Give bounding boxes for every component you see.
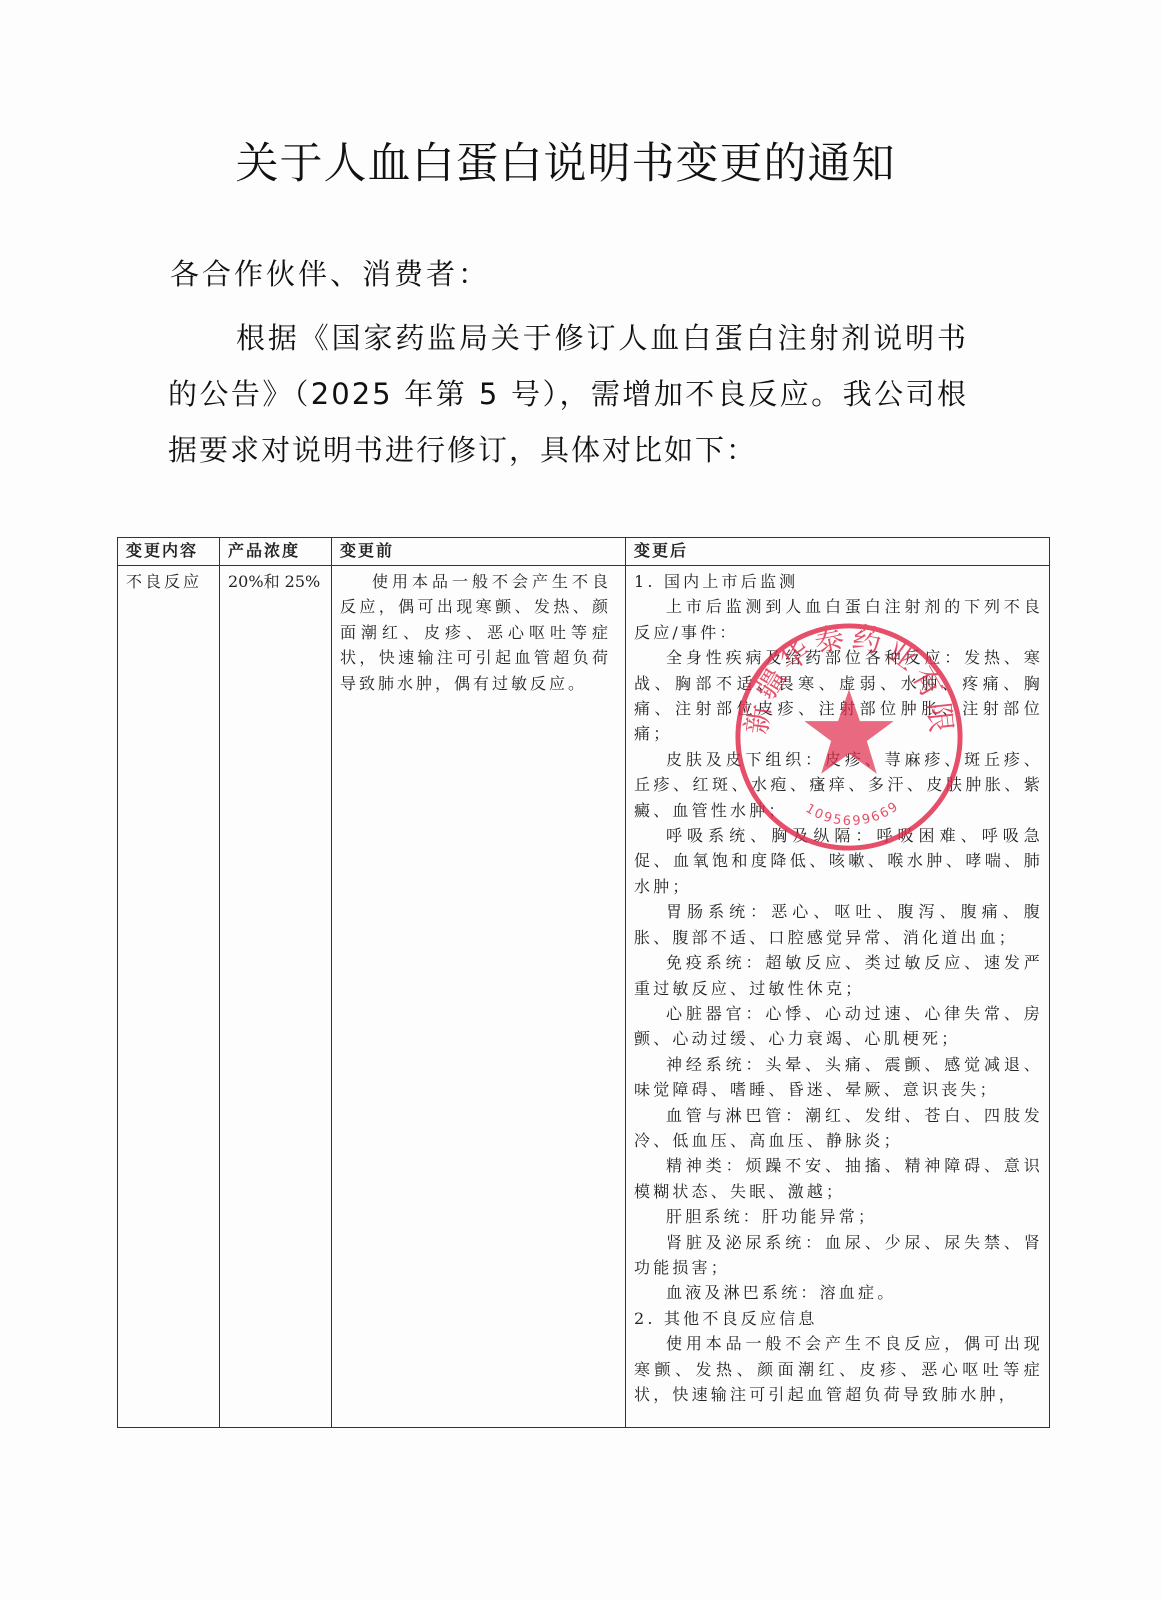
reaction-category-cardiac: 心脏器官：心悸、心动过速、心律失常、房颤、心动过缓、心力衰竭、心肌梗死； [634,1001,1043,1052]
salutation: 各合作伙伴、消费者： [170,252,490,293]
section2-title: 2. 其他不良反应信息 [634,1306,1043,1331]
cell-before: 使用本品一般不会产生不良反应，偶可出现寒颤、发热、颜面潮红、皮疹、恶心呕吐等症状… [332,566,626,1428]
cell-after: 1. 国内上市后监测 上市后监测到人血白蛋白注射剂的下列不良反应/事件： 全身性… [626,566,1050,1428]
reaction-category-skin: 皮肤及皮下组织：皮疹、荨麻疹、斑丘疹、丘疹、红斑、水疱、瘙痒、多汗、皮肤肿胀、紫… [634,747,1043,823]
section1-intro: 上市后监测到人血白蛋白注射剂的下列不良反应/事件： [634,594,1043,645]
before-text: 使用本品一般不会产生不良反应，偶可出现寒颤、发热、颜面潮红、皮疹、恶心呕吐等症状… [340,569,619,696]
table-header-row: 变更内容 产品浓度 变更前 变更后 [118,538,1050,566]
header-change-item: 变更内容 [118,538,220,566]
reaction-category-blood: 血液及淋巴系统：溶血症。 [634,1280,1043,1305]
reaction-category-general: 全身性疾病及给药部位各种反应：发热、寒战、胸部不适、畏寒、虚弱、水肿、疼痛、胸痛… [634,645,1043,747]
header-before: 变更前 [332,538,626,566]
cell-concentration: 20%和 25% [220,566,332,1428]
page-title: 关于人血白蛋白说明书变更的通知 [0,130,1131,191]
reaction-category-renal: 肾脏及泌尿系统：血尿、少尿、尿失禁、肾功能损害； [634,1230,1043,1281]
reaction-category-immune: 免疫系统：超敏反应、类过敏反应、速发严重过敏反应、过敏性休克； [634,950,1043,1001]
reaction-category-nervous: 神经系统：头晕、头痛、震颤、感觉减退、味觉障碍、嗜睡、昏迷、晕厥、意识丧失； [634,1052,1043,1103]
header-concentration: 产品浓度 [220,538,332,566]
intro-paragraph: 根据《国家药监局关于修订人血白蛋白注射剂说明书的公告》（2025 年第 5 号）… [168,310,968,478]
reaction-category-vascular: 血管与淋巴管：潮红、发绀、苍白、四肢发冷、低血压、高血压、静脉炎； [634,1103,1043,1154]
table-row: 不良反应 20%和 25% 使用本品一般不会产生不良反应，偶可出现寒颤、发热、颜… [118,566,1050,1428]
reaction-category-hepatobiliary: 肝胆系统：肝功能异常； [634,1204,1043,1229]
reaction-category-gastrointestinal: 胃肠系统：恶心、呕吐、腹泻、腹痛、腹胀、腹部不适、口腔感觉异常、消化道出血； [634,899,1043,950]
comparison-table: 变更内容 产品浓度 变更前 变更后 不良反应 20%和 25% 使用本品一般不会… [117,537,1050,1428]
reaction-category-psychiatric: 精神类：烦躁不安、抽搐、精神障碍、意识模糊状态、失眠、激越； [634,1153,1043,1204]
header-after: 变更后 [626,538,1050,566]
section1-title: 1. 国内上市后监测 [634,569,1043,594]
reaction-category-respiratory: 呼吸系统、胸及纵隔：呼吸困难、呼吸急促、血氧饱和度降低、咳嗽、喉水肿、哮喘、肺水… [634,823,1043,899]
cell-change-item: 不良反应 [118,566,220,1428]
section2-text: 使用本品一般不会产生不良反应，偶可出现寒颤、发热、颜面潮红、皮疹、恶心呕吐等症状… [634,1331,1043,1407]
